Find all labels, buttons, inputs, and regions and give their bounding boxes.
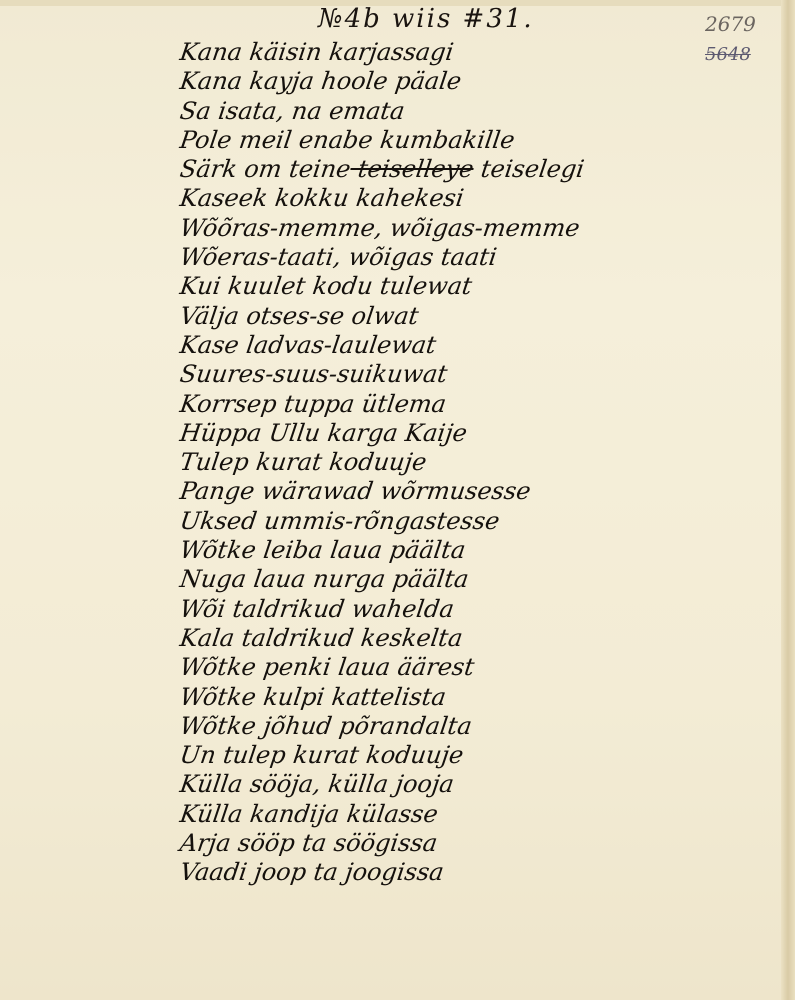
verse-line: Wõtke penki laua äärest bbox=[178, 653, 586, 682]
verse-text: Vaadi joop ta joogissa bbox=[178, 858, 446, 886]
verse-text: Wõtke leiba laua päälta bbox=[178, 536, 467, 564]
verse-text: Arja sööp ta söögissa bbox=[178, 829, 439, 857]
verse-line: Särk om teine teiselleye teiselegi bbox=[178, 155, 586, 184]
verse-text: Kana käisin karjassagi bbox=[178, 38, 455, 66]
verse-line: Kaseek kokku kahekesi bbox=[178, 184, 586, 213]
verse-line: Pole meil enabe kumbakille bbox=[178, 126, 586, 155]
verse-text: Kana kayja hoole päale bbox=[178, 67, 463, 95]
verse-line: Kase ladvas-laulewat bbox=[178, 331, 586, 360]
verse-text: Uksed ummis-rõngastesse bbox=[178, 507, 501, 535]
verse-line: Wõi taldrikud wahelda bbox=[178, 595, 586, 624]
verse-text: Särk om teine bbox=[178, 155, 352, 183]
verse-text: Hüppa Ullu karga Kaije bbox=[178, 419, 469, 447]
verse-text: Wõtke kulpi kattelista bbox=[178, 683, 448, 711]
verse-text: Un tulep kurat koduuje bbox=[178, 741, 465, 769]
verse-text: Tulep kurat koduuje bbox=[178, 448, 428, 476]
verse-line: Un tulep kurat koduuje bbox=[178, 741, 586, 770]
verse-line: Nuga laua nurga päälta bbox=[178, 565, 586, 594]
manuscript-page: №4b wiis #31. 2679 5648 Kana käisin karj… bbox=[0, 0, 795, 1000]
verse-line: Wõtke kulpi kattelista bbox=[178, 683, 586, 712]
verse-line: Uksed ummis-rõngastesse bbox=[178, 507, 586, 536]
verse-text: Kaseek kokku kahekesi bbox=[178, 184, 465, 212]
verse-line: Wõõras-memme, wõigas-memme bbox=[178, 214, 586, 243]
verse-text: Külla kandija külasse bbox=[178, 800, 440, 828]
correction-word: teiselegi bbox=[472, 155, 587, 183]
verse-line: Kala taldrikud keskelta bbox=[178, 624, 586, 653]
verse-line: Külla sööja, külla jooja bbox=[178, 770, 586, 799]
verse-line: Välja otses-se olwat bbox=[178, 302, 586, 331]
verse-text: Wõtke penki laua äärest bbox=[178, 653, 476, 681]
verse-text: Wõeras-taati, wõigas taati bbox=[178, 243, 499, 271]
verse-text: Pole meil enabe kumbakille bbox=[178, 126, 516, 154]
verse-text: Kui kuulet kodu tulewat bbox=[178, 272, 474, 300]
verse-text: Wõtke jõhud põrandalta bbox=[178, 712, 474, 740]
verse-line: Hüppa Ullu karga Kaije bbox=[178, 419, 586, 448]
page-right-edge bbox=[781, 0, 795, 1000]
verse-text: Sa isata, na emata bbox=[178, 97, 406, 125]
verse-line: Sa isata, na emata bbox=[178, 97, 586, 126]
verse-text: Pange wärawad wõrmusesse bbox=[178, 477, 532, 505]
verse-line: Kana kayja hoole päale bbox=[178, 67, 586, 96]
struck-word: teiselleye bbox=[349, 155, 476, 183]
verse-text: Wõõras-memme, wõigas-memme bbox=[178, 214, 581, 242]
verse-text: Wõi taldrikud wahelda bbox=[178, 595, 456, 623]
verse-line: Pange wärawad wõrmusesse bbox=[178, 477, 586, 506]
verse-text: Kala taldrikud keskelta bbox=[178, 624, 464, 652]
verse-text: Korrsep tuppa ütlema bbox=[178, 390, 448, 418]
verse-text: Suures-suus-suikuwat bbox=[178, 360, 449, 388]
verse-text: Nuga laua nurga päälta bbox=[178, 565, 470, 593]
verse-line: Wõeras-taati, wõigas taati bbox=[178, 243, 586, 272]
verse-line: Wõtke jõhud põrandalta bbox=[178, 712, 586, 741]
verse-line: Wõtke leiba laua päälta bbox=[178, 536, 586, 565]
verse-line: Tulep kurat koduuje bbox=[178, 448, 586, 477]
verse-lines: Kana käisin karjassagiKana kayja hoole p… bbox=[180, 38, 584, 888]
verse-line: Suures-suus-suikuwat bbox=[178, 360, 586, 389]
verse-text: Kase ladvas-laulewat bbox=[178, 331, 438, 359]
verse-line: Kana käisin karjassagi bbox=[178, 38, 586, 67]
verse-line: Külla kandija külasse bbox=[178, 800, 586, 829]
archive-number-crossed-out: 5648 bbox=[705, 44, 751, 65]
verse-text: Välja otses-se olwat bbox=[178, 302, 420, 330]
verse-line: Kui kuulet kodu tulewat bbox=[178, 272, 586, 301]
verse-line: Arja sööp ta söögissa bbox=[178, 829, 586, 858]
verse-line: Vaadi joop ta joogissa bbox=[178, 858, 586, 887]
verse-line: Korrsep tuppa ütlema bbox=[178, 390, 586, 419]
archive-number: 2679 bbox=[705, 12, 756, 36]
verse-text: Külla sööja, külla jooja bbox=[178, 770, 456, 798]
song-header: №4b wiis #31. bbox=[318, 4, 534, 34]
